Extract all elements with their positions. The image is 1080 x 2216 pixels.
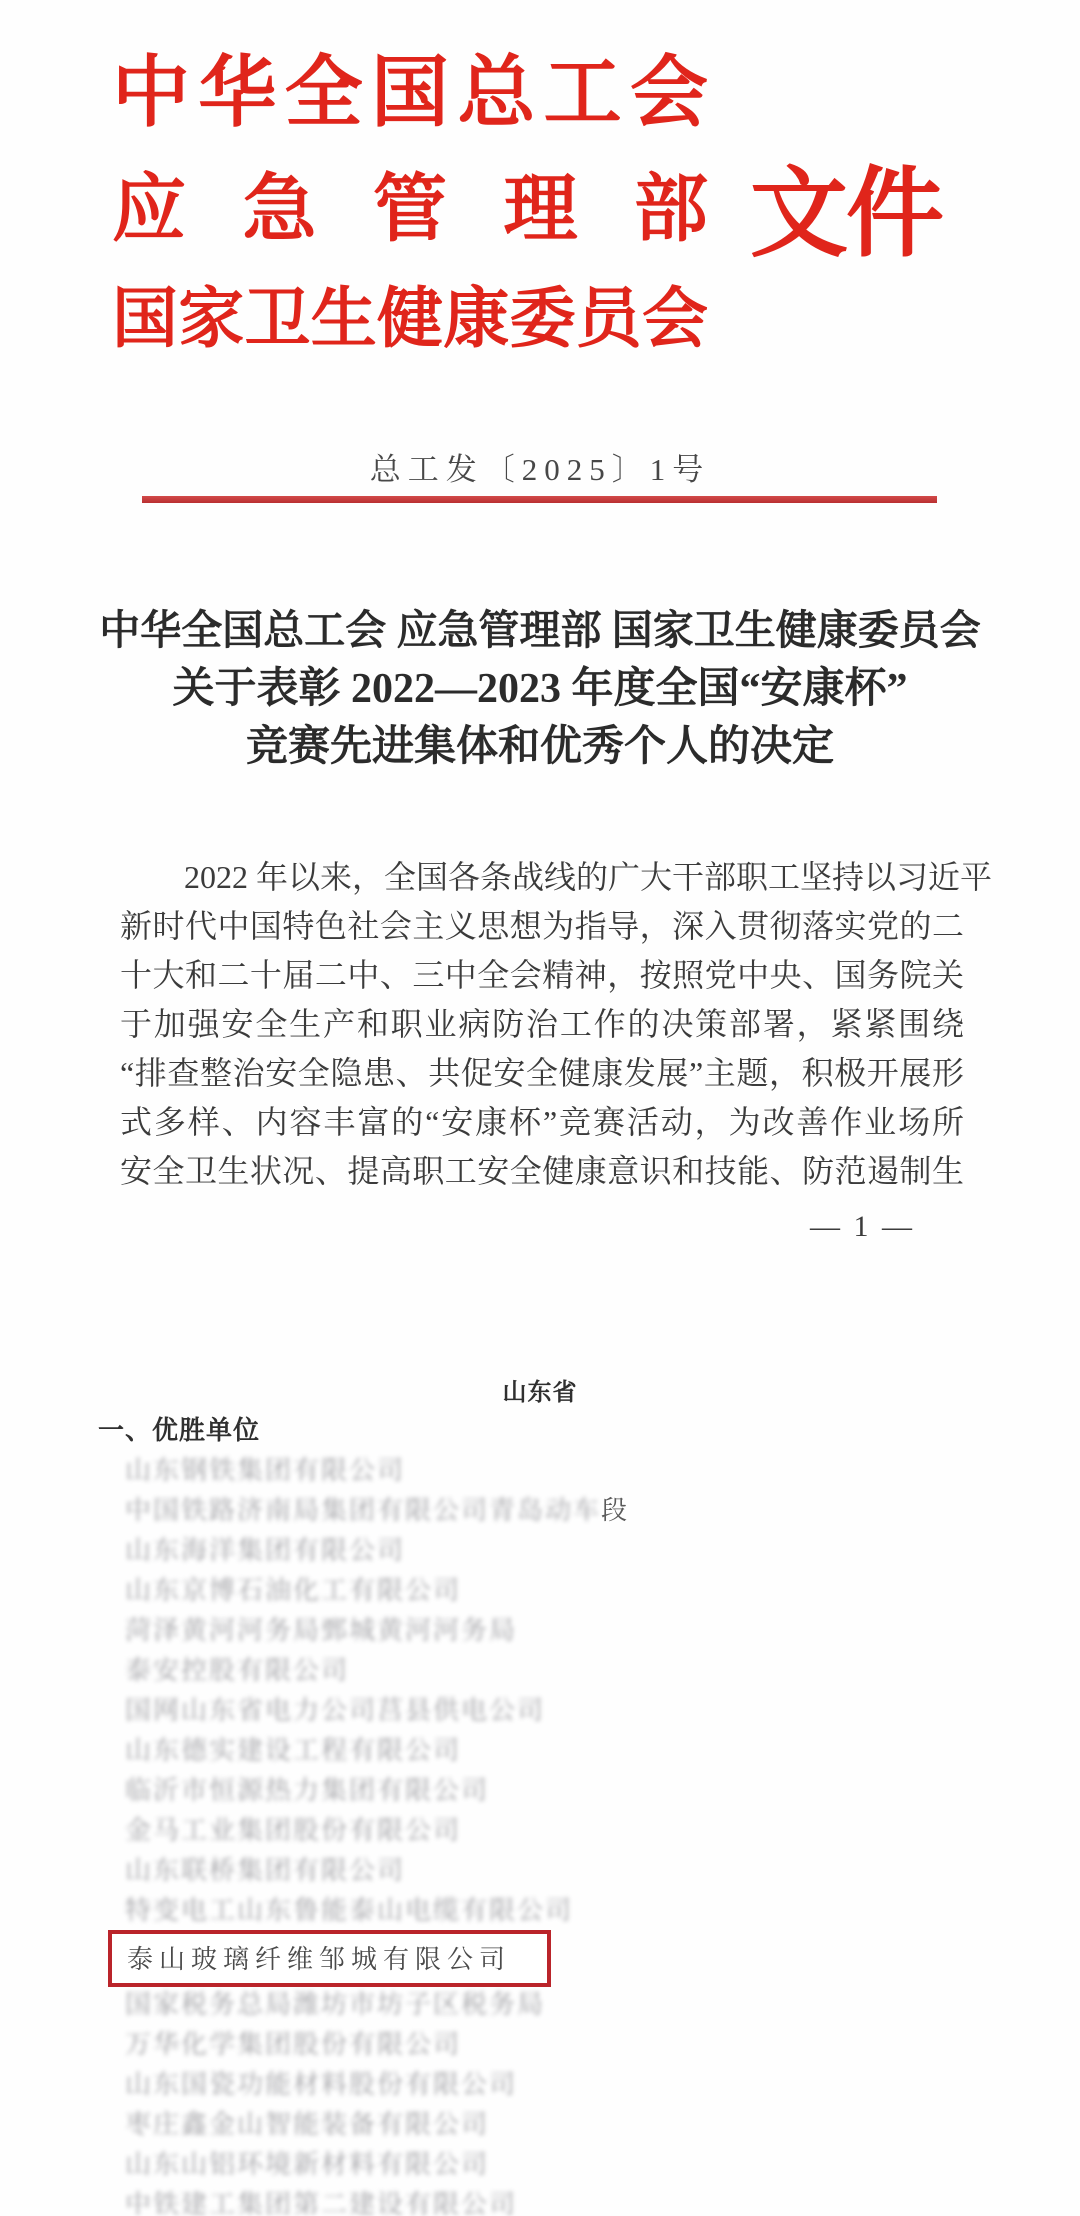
list-item: 枣庄鑫金山智能装备有限公司	[125, 2104, 985, 2144]
list-item: 山东海洋集团有限公司	[125, 1530, 985, 1570]
body-paragraph: 2022 年以来，全国各条战线的广大干部职工坚持以习近平新时代中国特色社会主义思…	[120, 852, 964, 1195]
list-item: 中国铁路济南局集团有限公司青岛动车段	[125, 1490, 985, 1530]
blurred-company-name: 特变电工山东鲁能泰山电缆有限公司	[125, 1896, 573, 1925]
blurred-company-name: 中铁建工集团第二建设有限公司	[125, 2190, 517, 2216]
winner-list: 山东钢铁集团有限公司中国铁路济南局集团有限公司青岛动车段山东海洋集团有限公司山东…	[125, 1450, 985, 2216]
highlighted-company-name: 泰山玻璃纤维邹城有限公司	[127, 1945, 511, 1974]
blurred-company-name: 山东钢铁集团有限公司	[125, 1456, 405, 1485]
list-item: 山东德实建设工程有限公司	[125, 1730, 985, 1770]
document-title-line-3: 竞赛先进集体和优秀个人的决定	[0, 722, 1080, 772]
body-text-line: 2022 年以来，全国各条战线的广大干部职工坚持以习近平	[120, 852, 964, 901]
body-text-line: “排查整治安全隐患、共促安全健康发展”主题，积极开展形	[120, 1048, 964, 1097]
list-item: 临沂市恒源热力集团有限公司	[125, 1770, 985, 1810]
blurred-company-name: 山东国瓷功能材料股份有限公司	[125, 2070, 517, 2099]
list-item: 泰山玻璃纤维邹城有限公司	[125, 1930, 985, 1984]
clear-suffix-char: 段	[601, 1496, 629, 1525]
blurred-company-name: 中国铁路济南局集团有限公司青岛动车	[125, 1496, 601, 1525]
list-item: 菏泽黄河河务局鄄城黄河河务局	[125, 1610, 985, 1650]
document-page: 中华全国总工会 应急管理部 国家卫生健康委员会 文件 总工发〔2025〕1号 中…	[0, 0, 1080, 2216]
blurred-company-name: 枣庄鑫金山智能装备有限公司	[125, 2110, 489, 2139]
category-heading: 一、优胜单位	[98, 1410, 260, 1447]
blurred-company-name: 山东海洋集团有限公司	[125, 1536, 405, 1565]
list-item: 特变电工山东鲁能泰山电缆有限公司	[125, 1890, 985, 1930]
list-item: 山东京博石油化工有限公司	[125, 1570, 985, 1610]
list-item: 国网山东省电力公司莒县供电公司	[125, 1690, 985, 1730]
blurred-company-name: 山东京博石油化工有限公司	[125, 1576, 461, 1605]
blurred-company-name: 山东德实建设工程有限公司	[125, 1736, 461, 1765]
blurred-company-name: 泰安控股有限公司	[125, 1656, 349, 1685]
body-text-line: 新时代中国特色社会主义思想为指导，深入贯彻落实党的二	[120, 901, 964, 950]
list-item: 中铁建工集团第二建设有限公司	[125, 2184, 985, 2216]
list-item: 国家税务总局潍坊市坊子区税务局	[125, 1984, 985, 2024]
list-item: 山东钢铁集团有限公司	[125, 1450, 985, 1490]
body-text-line: 式多样、内容丰富的“安康杯”竞赛活动，为改善作业场所	[120, 1097, 964, 1146]
blurred-company-name: 菏泽黄河河务局鄄城黄河河务局	[125, 1616, 517, 1645]
list-item: 山东山铝环境新材料有限公司	[125, 2144, 985, 2184]
document-title-line-1: 中华全国总工会 应急管理部 国家卫生健康委员会	[0, 606, 1080, 655]
blurred-company-name: 国家税务总局潍坊市坊子区税务局	[125, 1990, 545, 2019]
org-name-line-3: 国家卫生健康委员会	[112, 282, 708, 358]
body-text-line: 安全卫生状况、提高职工安全健康意识和技能、防范遏制生	[120, 1146, 964, 1195]
highlight-box: 泰山玻璃纤维邹城有限公司	[108, 1930, 551, 1987]
doc-number: 总工发〔2025〕1号	[0, 444, 1080, 489]
list-item: 山东联桥集团有限公司	[125, 1850, 985, 1890]
list-item: 万华化学集团股份有限公司	[125, 2024, 985, 2064]
org-name-line-1: 中华全国总工会	[112, 48, 708, 138]
blurred-company-name: 金马工业集团股份有限公司	[125, 1816, 461, 1845]
page-number: — 1 —	[810, 1210, 915, 1244]
list-item: 泰安控股有限公司	[125, 1650, 985, 1690]
blurred-company-name: 山东联桥集团有限公司	[125, 1856, 405, 1885]
body-text-line: 于加强安全生产和职业病防治工作的决策部署，紧紧围绕	[120, 999, 964, 1048]
blurred-company-name: 临沂市恒源热力集团有限公司	[125, 1776, 489, 1805]
list-item: 金马工业集团股份有限公司	[125, 1810, 985, 1850]
body-text-line: 十大和二十届二中、三中全会精神，按照党中央、国务院关	[120, 950, 964, 999]
blurred-company-name: 国网山东省电力公司莒县供电公司	[125, 1696, 545, 1725]
org-name-line-2: 应急管理部	[112, 168, 708, 253]
list-item: 山东国瓷功能材料股份有限公司	[125, 2064, 985, 2104]
document-title-line-2: 关于表彰 2022—2023 年度全国“安康杯”	[0, 664, 1080, 714]
province-heading: 山东省	[0, 1372, 1080, 1407]
doc-type-label: 文件	[750, 164, 942, 267]
blurred-company-name: 万华化学集团股份有限公司	[125, 2030, 461, 2059]
blurred-company-name: 山东山铝环境新材料有限公司	[125, 2150, 489, 2179]
red-divider	[142, 496, 937, 503]
